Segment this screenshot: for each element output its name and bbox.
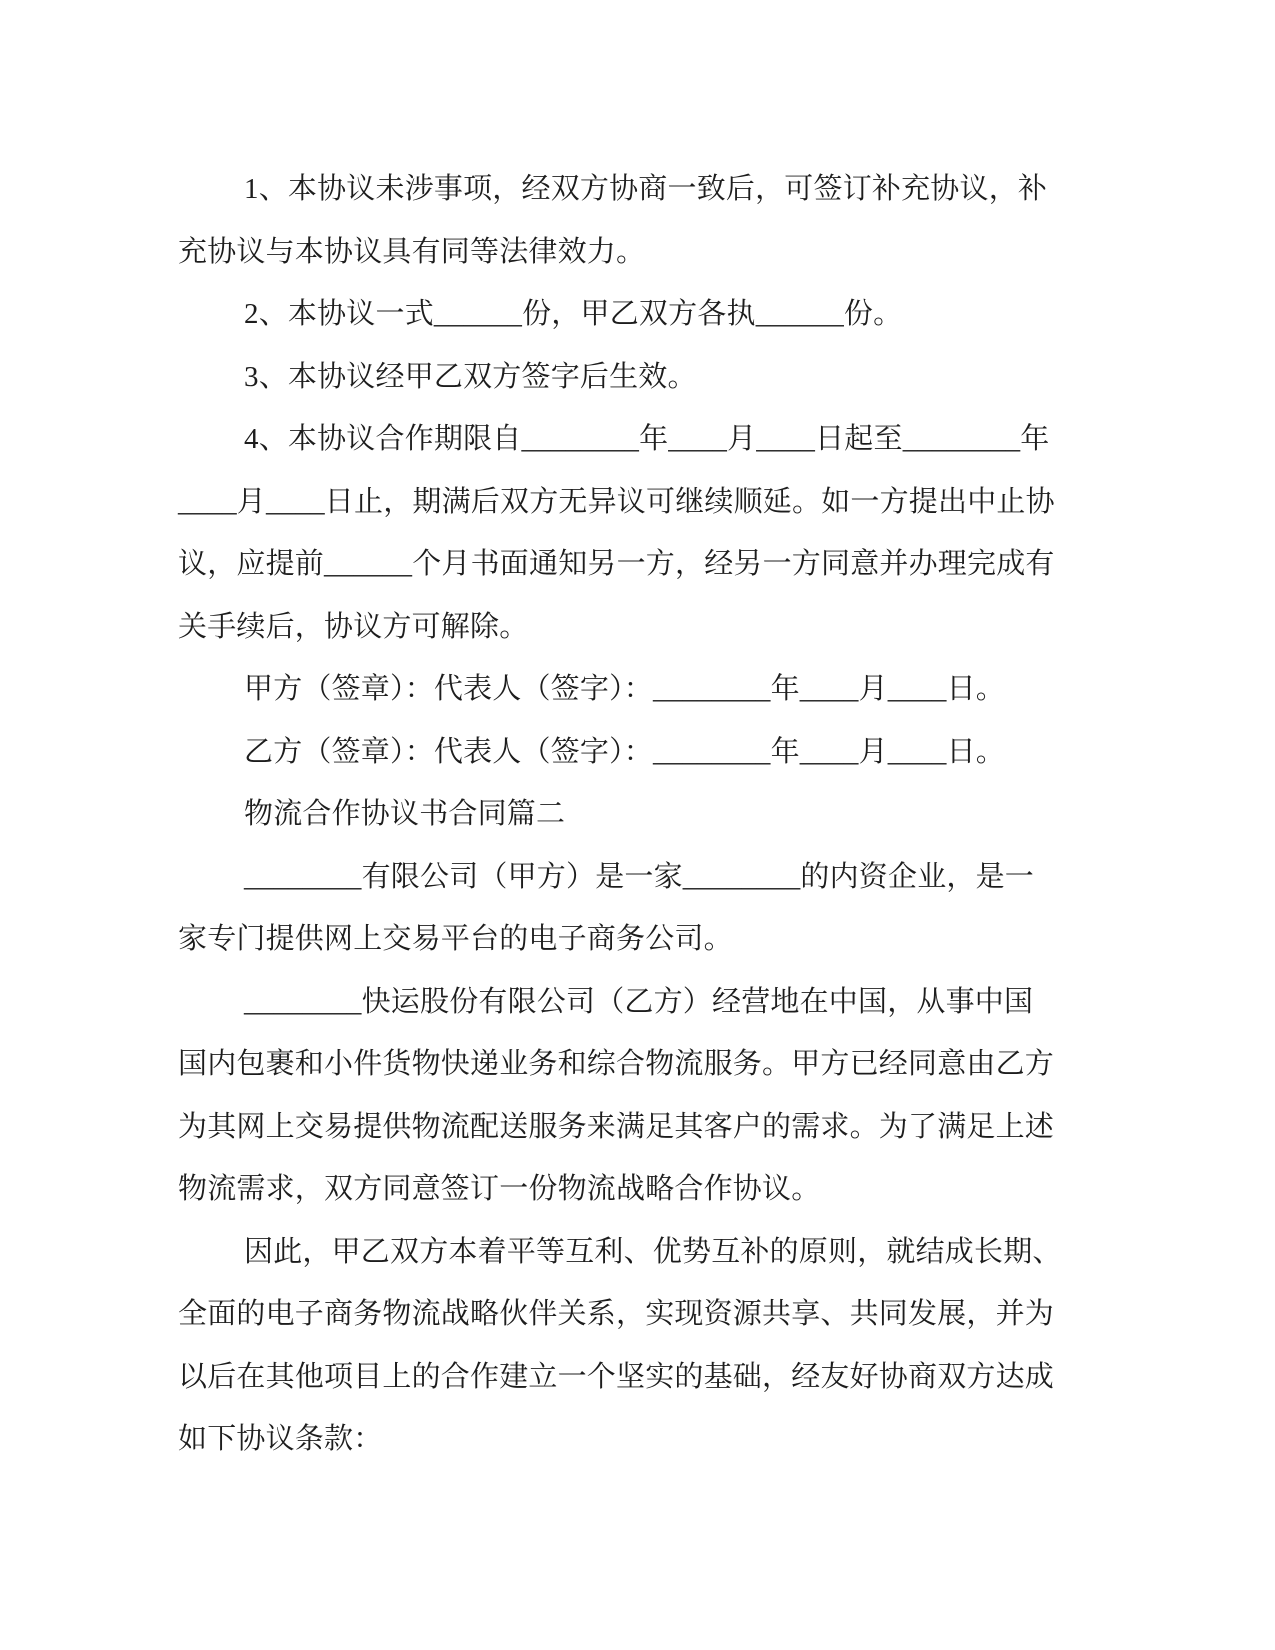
text-line: 议，应提前______个月书面通知另一方，经另一方同意并办理完成有 <box>178 533 1078 596</box>
text-line: 关手续后，协议方可解除。 <box>178 596 1078 659</box>
text-line: 4、本协议合作期限自________年____月____日起至________年 <box>178 408 1078 471</box>
text-line: 2、本协议一式______份，甲乙双方各执______份。 <box>178 283 1078 346</box>
text-line: 国内包裹和小件货物快递业务和综合物流服务。甲方已经同意由乙方 <box>178 1033 1078 1096</box>
document-body: 1、本协议未涉事项，经双方协商一致后，可签订补充协议，补充协议与本协议具有同等法… <box>178 158 1078 1471</box>
text-line: 物流合作协议书合同篇二 <box>178 783 1078 846</box>
text-line: 为其网上交易提供物流配送服务来满足其客户的需求。为了满足上述 <box>178 1096 1078 1159</box>
text-line: 因此，甲乙双方本着平等互利、优势互补的原则，就结成长期、 <box>178 1221 1078 1284</box>
text-line: 充协议与本协议具有同等法律效力。 <box>178 221 1078 284</box>
text-line: 以后在其他项目上的合作建立一个坚实的基础，经友好协商双方达成 <box>178 1346 1078 1409</box>
text-line: 1、本协议未涉事项，经双方协商一致后，可签订补充协议，补 <box>178 158 1078 221</box>
text-line: 家专门提供网上交易平台的电子商务公司。 <box>178 908 1078 971</box>
text-line: 甲方（签章）：代表人（签字）：________年____月____日。 <box>178 658 1078 721</box>
text-line: 3、本协议经甲乙双方签字后生效。 <box>178 346 1078 409</box>
text-line: 如下协议条款： <box>178 1408 1078 1471</box>
text-line: 物流需求，双方同意签订一份物流战略合作协议。 <box>178 1158 1078 1221</box>
text-line: ____月____日止，期满后双方无异议可继续顺延。如一方提出中止协 <box>178 471 1078 534</box>
text-line: 乙方（签章）：代表人（签字）：________年____月____日。 <box>178 721 1078 784</box>
text-line: ________快运股份有限公司（乙方）经营地在中国，从事中国 <box>178 971 1078 1034</box>
document-page: 1、本协议未涉事项，经双方协商一致后，可签订补充协议，补充协议与本协议具有同等法… <box>0 0 1275 1650</box>
text-line: 全面的电子商务物流战略伙伴关系，实现资源共享、共同发展，并为 <box>178 1283 1078 1346</box>
text-line: ________有限公司（甲方）是一家________的内资企业，是一 <box>178 846 1078 909</box>
